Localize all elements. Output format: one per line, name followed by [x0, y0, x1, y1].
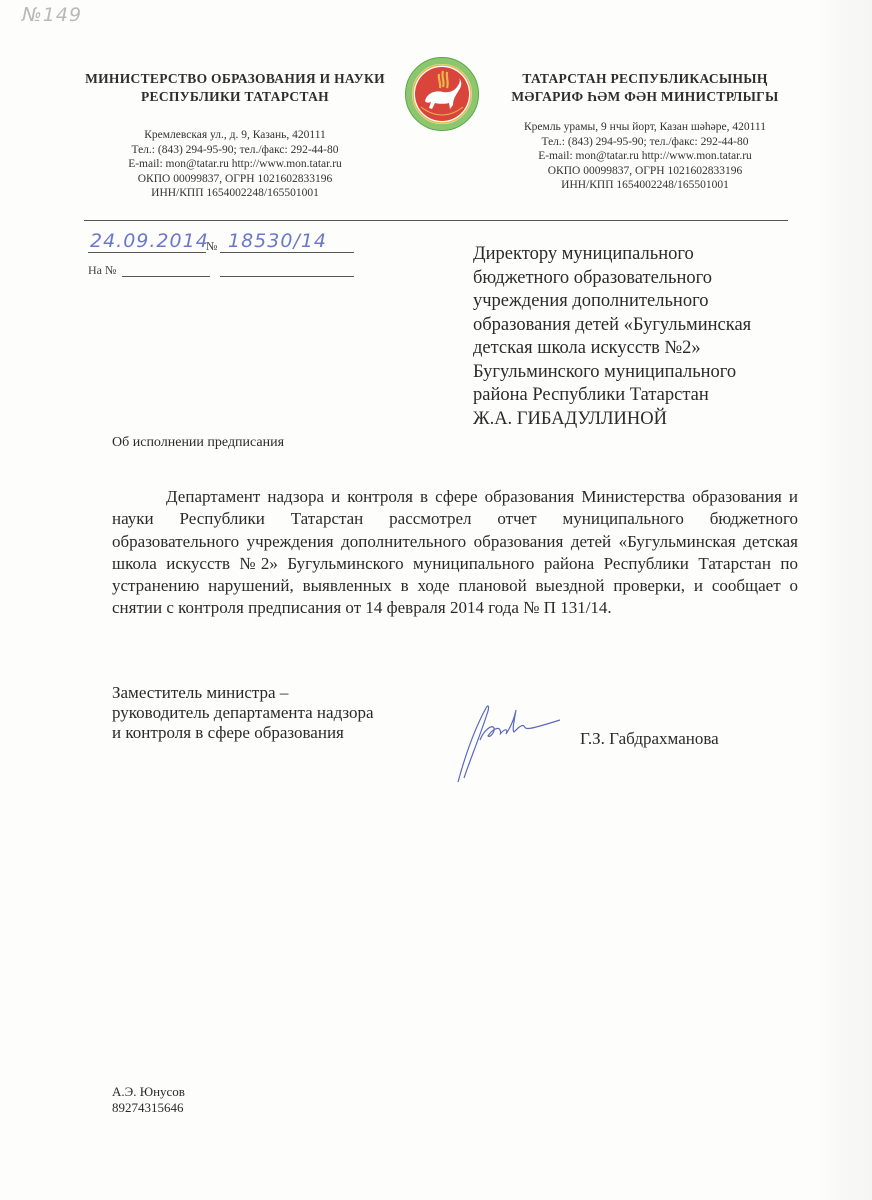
email-web: E-mail: mon@tatar.ru http://www.mon.tata…	[70, 157, 400, 172]
org-contacts-ru: Кремлевская ул., д. 9, Казань, 420111 Те…	[70, 128, 400, 201]
reference-row: На №	[88, 258, 358, 282]
okpo-ogrn: ОКПО 00099837, ОГРН 1021602833196	[480, 164, 810, 179]
header-right-tatar: ТАТАРСТАН РЕСПУБЛИКАСЫНЫҢ МӘГАРИФ ҺӘМ ФӘ…	[480, 70, 810, 193]
outgoing-number: 18530/14	[228, 230, 327, 252]
executor-name: А.Э. Юнусов	[112, 1084, 185, 1100]
org-contacts-tt: Кремль урамы, 9 нчы йорт, Казан шәһәре, …	[480, 120, 810, 193]
number-label: №	[206, 239, 217, 254]
addressee-name: Ж.А. ГИБАДУЛЛИНОЙ	[473, 408, 803, 432]
email-web: E-mail: mon@tatar.ru http://www.mon.tata…	[480, 149, 810, 164]
letter-body: Департамент надзора и контроля в сфере о…	[112, 486, 798, 620]
address: Кремль урамы, 9 нчы йорт, Казан шәһәре, …	[480, 120, 810, 135]
outgoing-row: 24.09.2014 № 18530/14	[88, 234, 358, 258]
address: Кремлевская ул., д. 9, Казань, 420111	[70, 128, 400, 143]
coat-of-arms-icon	[405, 57, 479, 131]
ref-number-line	[220, 258, 354, 277]
letter-subject: Об исполнении предписания	[112, 435, 284, 451]
addressee-block: Директору муниципального бюджетного обра…	[473, 243, 803, 431]
phone: Тел.: (843) 294-95-90; тел./факс: 292-44…	[480, 135, 810, 150]
signer-name: Г.З. Габдрахманова	[580, 729, 719, 749]
header-left-russian: МИНИСТЕРСТВО ОБРАЗОВАНИЯ И НАУКИ РЕСПУБЛ…	[70, 70, 400, 201]
handwritten-corner-note: №149	[22, 4, 82, 26]
handwritten-signature-icon	[440, 690, 580, 790]
ref-date-line	[122, 258, 210, 277]
executor-block: А.Э. Юнусов 89274315646	[112, 1084, 185, 1116]
org-name-tt: ТАТАРСТАН РЕСПУБЛИКАСЫНЫҢ МӘГАРИФ ҺӘМ ФӘ…	[480, 70, 810, 106]
outgoing-date: 24.09.2014	[90, 230, 209, 252]
inn-kpp: ИНН/КПП 1654002248/165501001	[70, 186, 400, 201]
registration-block: 24.09.2014 № 18530/14 На №	[88, 234, 358, 282]
org-name-ru: МИНИСТЕРСТВО ОБРАЗОВАНИЯ И НАУКИ РЕСПУБЛ…	[70, 70, 400, 106]
okpo-ogrn: ОКПО 00099837, ОГРН 1021602833196	[70, 172, 400, 187]
header-divider	[84, 220, 788, 221]
executor-phone: 89274315646	[112, 1100, 185, 1116]
ref-label: На №	[88, 263, 116, 278]
phone: Тел.: (843) 294-95-90; тел./факс: 292-44…	[70, 143, 400, 158]
inn-kpp: ИНН/КПП 1654002248/165501001	[480, 178, 810, 193]
